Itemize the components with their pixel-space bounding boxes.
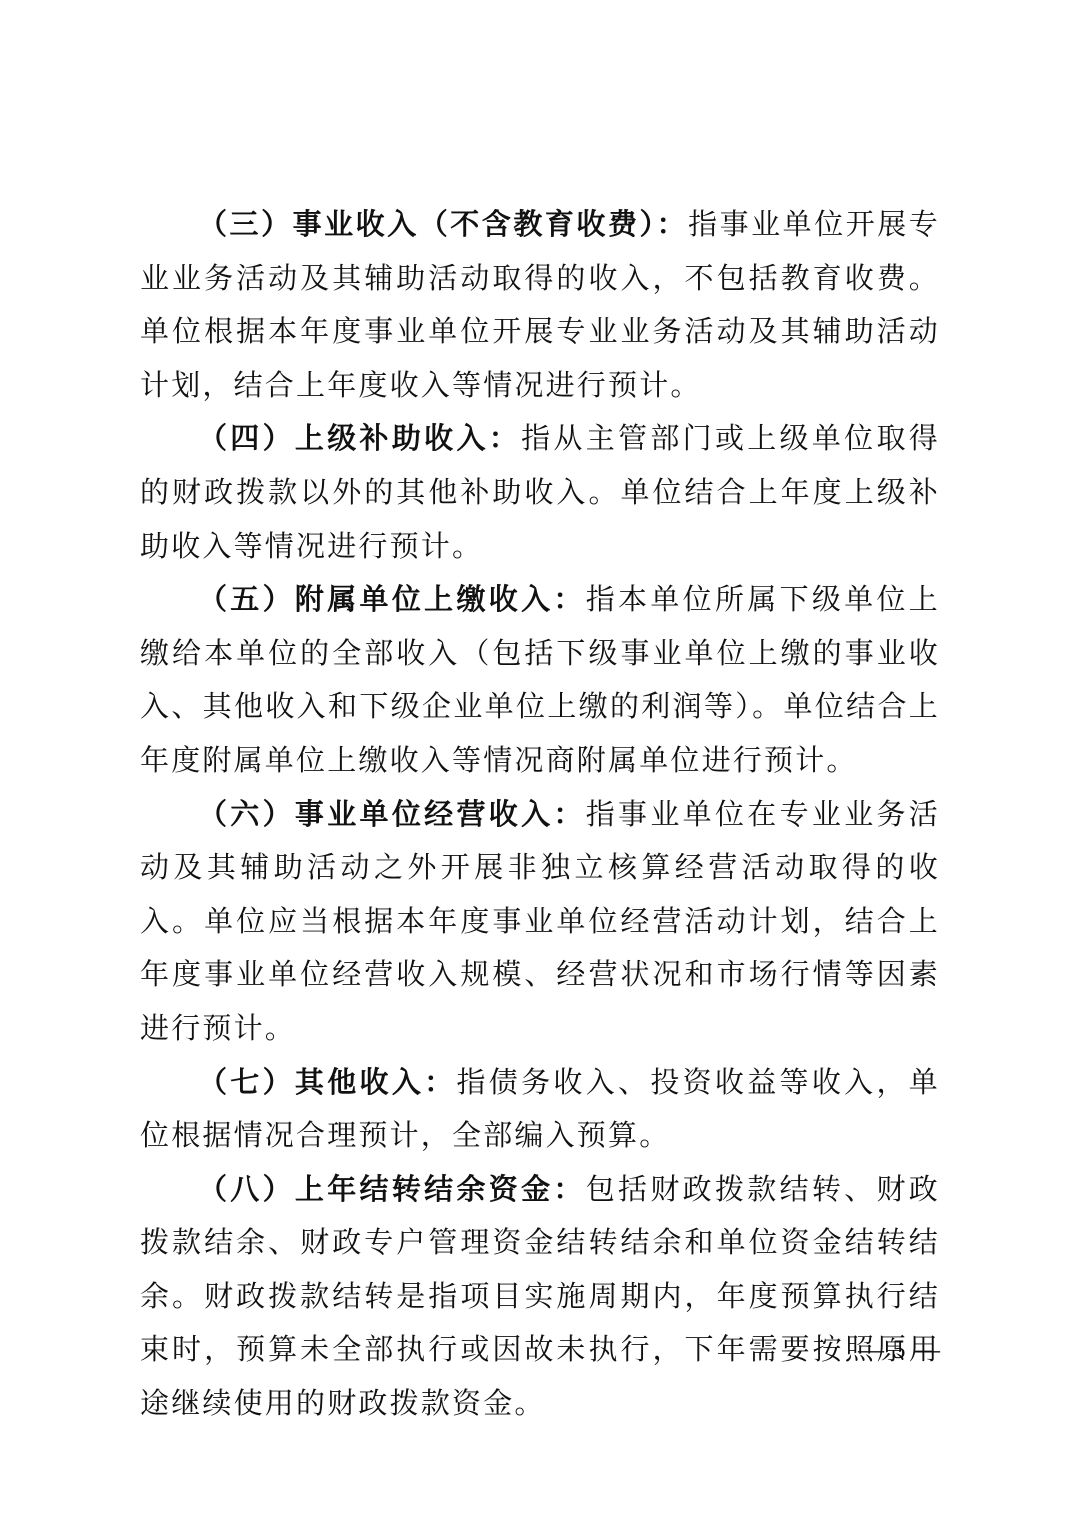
paragraph-other-income: （七）其他收入：指债务收入、投资收益等收入，单位根据情况合理预计，全部编入预算。 [140,1056,940,1163]
paragraph-heading: （五）附属单位上缴收入： [198,582,586,616]
paragraph-heading: （七）其他收入： [198,1065,456,1099]
document-page: （三）事业收入（不含教育收费）：指事业单位开展专业业务活动及其辅助活动取得的收入… [140,198,940,1431]
page-number: — 5 — [858,1335,941,1365]
paragraph-body: 包括财政拨款结转、财政拨款结余、财政专户管理资金结转结余和单位资金结转结余。财政… [140,1172,940,1420]
paragraph-heading: （三）事业收入（不含教育收费）： [198,207,688,241]
paragraph-carryover-funds: （八）上年结转结余资金：包括财政拨款结转、财政拨款结余、财政专户管理资金结转结余… [140,1163,940,1431]
paragraph-superior-subsidy-income: （四）上级补助收入：指从主管部门或上级单位取得的财政拨款以外的其他补助收入。单位… [140,412,940,573]
paragraph-operating-income: （六）事业单位经营收入：指事业单位在专业业务活动及其辅助活动之外开展非独立核算经… [140,788,940,1056]
paragraph-business-income: （三）事业收入（不含教育收费）：指事业单位开展专业业务活动及其辅助活动取得的收入… [140,198,940,412]
paragraph-affiliated-unit-remittance: （五）附属单位上缴收入：指本单位所属下级单位上缴给本单位的全部收入（包括下级事业… [140,573,940,787]
paragraph-body: 指事业单位在专业业务活动及其辅助活动之外开展非独立核算经营活动取得的收入。单位应… [140,797,940,1045]
paragraph-heading: （六）事业单位经营收入： [198,797,586,831]
paragraph-heading: （四）上级补助收入： [198,421,521,455]
paragraph-heading: （八）上年结转结余资金： [198,1172,586,1206]
